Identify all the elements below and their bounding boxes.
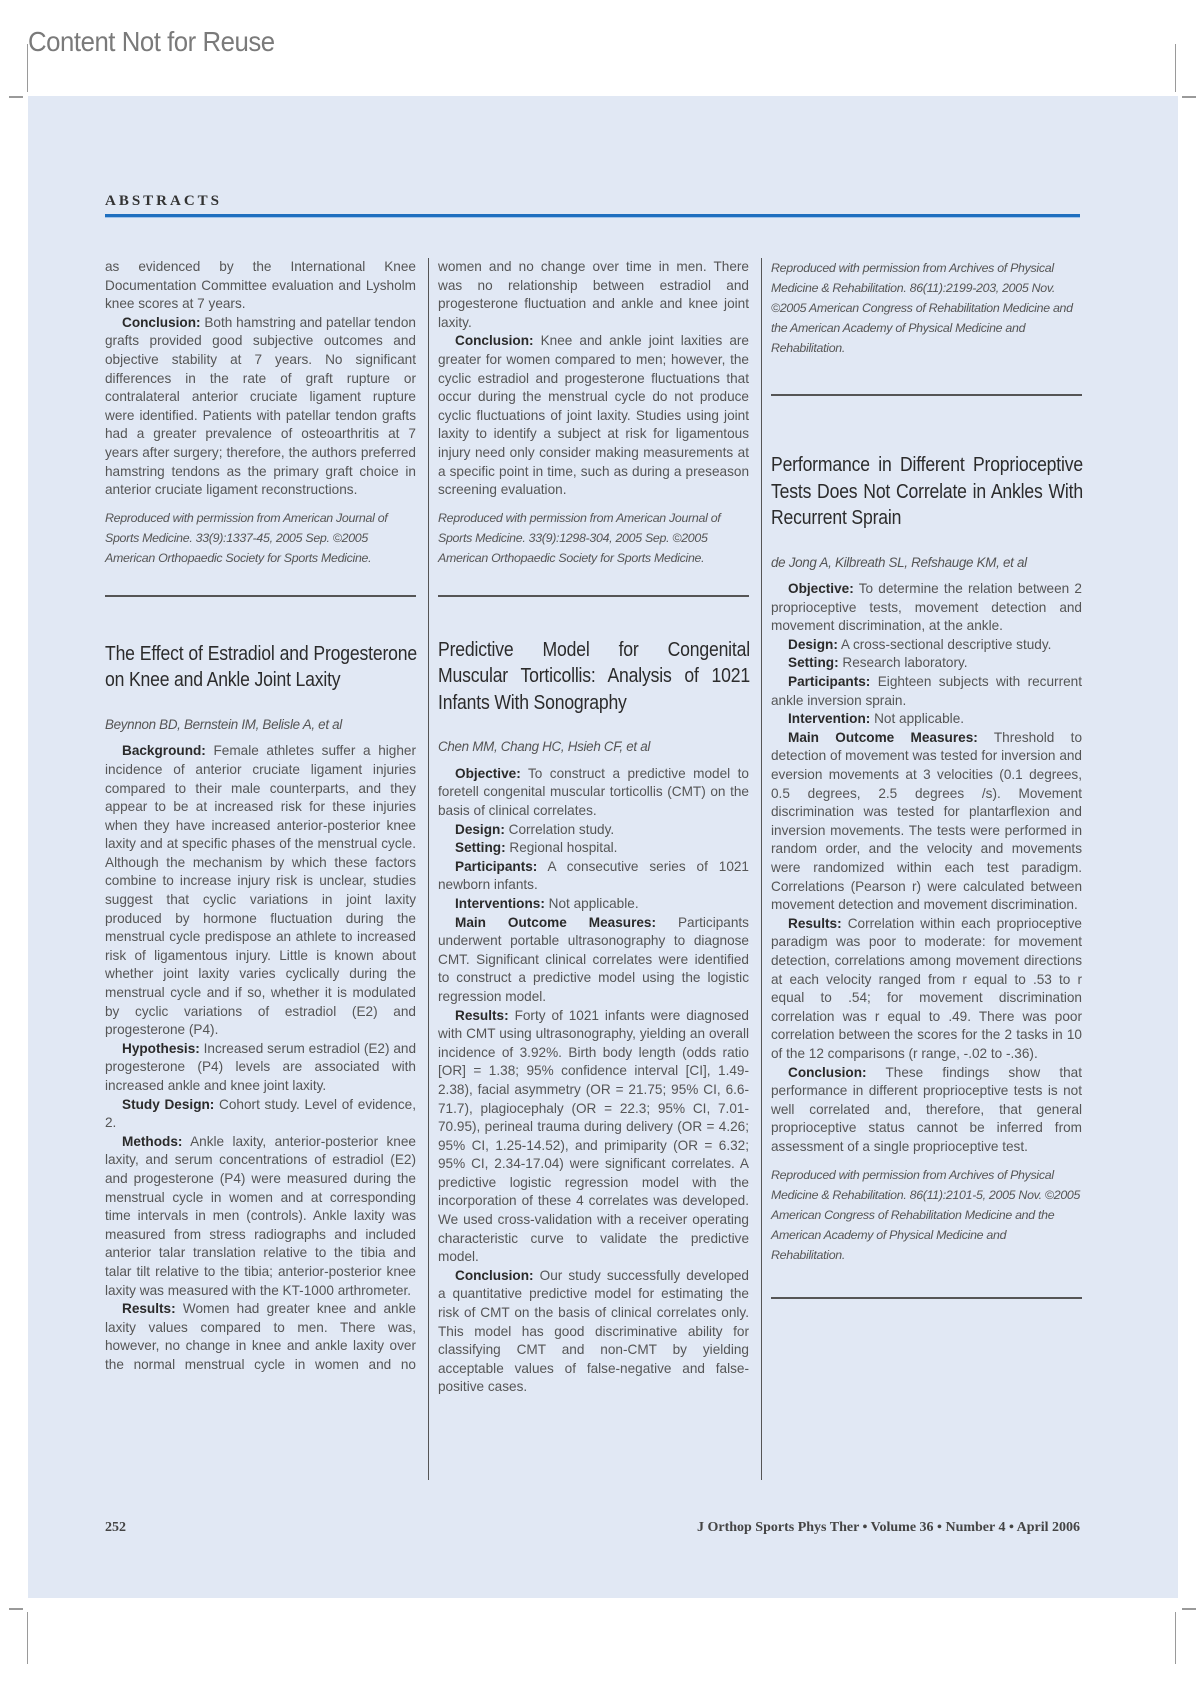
abstract-paragraph-continued: women and no change over time in men. Th… [438, 258, 749, 332]
article-title: The Effect of Estradiol and Progesterone… [105, 641, 417, 694]
column-1: as evidenced by the International Knee D… [105, 258, 416, 1375]
crop-mark [1182, 1608, 1196, 1610]
abstract-paragraph: Conclusion: Our study successfully devel… [438, 1267, 749, 1397]
abstract-paragraph: Methods: Ankle laxity, anterior-posterio… [105, 1133, 416, 1300]
abstract-paragraph: Results: Correlation within each proprio… [771, 915, 1082, 1064]
abstract-paragraph: Main Outcome Measures: Threshold to dete… [771, 729, 1082, 915]
abstract-paragraph: as evidenced by the International Knee D… [105, 258, 416, 314]
abstract-paragraph: Setting: Research laboratory. [771, 654, 1082, 673]
abstract-paragraph: Hypothesis: Increased serum estradiol (E… [105, 1040, 416, 1096]
abstract-paragraph: Main Outcome Measures: Participants unde… [438, 914, 749, 1007]
abstract-paragraph: Conclusion: Knee and ankle joint laxitie… [438, 332, 749, 499]
abstract-paragraph: Participants: Eighteen subjects with rec… [771, 673, 1082, 710]
column-divider [428, 258, 429, 1480]
abstract-paragraph: Intervention: Not applicable. [771, 710, 1082, 729]
abstract-paragraph: Conclusion: Both hamstring and patellar … [105, 314, 416, 500]
abstract-paragraph: Design: A cross-sectional descriptive st… [771, 636, 1082, 655]
abstract-paragraph: Results: Forty of 1021 infants were diag… [438, 1007, 749, 1267]
crop-mark [1175, 1612, 1176, 1664]
abstract-paragraph: Design: Correlation study. [438, 821, 749, 840]
reproduction-credit: Reproduced with permission from American… [438, 508, 749, 568]
reproduction-credit: Reproduced with permission from Archives… [771, 1165, 1082, 1265]
crop-mark [9, 96, 23, 98]
journal-citation: J Orthop Sports Phys Ther • Volume 36 • … [697, 1520, 1080, 1536]
reproduction-credit: Reproduced with permission from American… [105, 508, 416, 568]
crop-mark [27, 44, 28, 92]
abstract-paragraph: Interventions: Not applicable. [438, 895, 749, 914]
article-title: Predictive Model for Congenital Muscular… [438, 637, 750, 717]
page-number: 252 [105, 1520, 126, 1536]
abstract-paragraph: Setting: Regional hospital. [438, 839, 749, 858]
crop-mark [27, 1612, 28, 1664]
abstract-paragraph: Participants: A consecutive series of 10… [438, 858, 749, 895]
abstract-paragraph: Conclusion: These findings show that per… [771, 1064, 1082, 1157]
section-rule [105, 214, 1080, 218]
abstract-paragraph: Objective: To determine the relation bet… [771, 580, 1082, 636]
article-authors: de Jong A, Kilbreath SL, Refshauge KM, e… [771, 554, 1082, 573]
column-2: women and no change over time in men. Th… [438, 258, 749, 1397]
article-authors: Chen MM, Chang HC, Hsieh CF, et al [438, 738, 749, 757]
crop-mark [9, 1608, 23, 1610]
watermark: Content Not for Reuse [28, 26, 275, 58]
abstract-paragraph: Background: Female athletes suffer a hig… [105, 742, 416, 1040]
crop-mark [1175, 44, 1176, 92]
section-label: Conclusion: [122, 315, 201, 330]
abstract-paragraph: Objective: To construct a predictive mod… [438, 765, 749, 821]
section-header: ABSTRACTS [105, 193, 222, 210]
abstract-paragraph: Results: Women had greater knee and ankl… [105, 1300, 416, 1375]
column-3: Reproduced with permission from Archives… [771, 258, 1082, 1299]
crop-mark [1182, 96, 1196, 98]
article-title: Performance in Different Proprioceptive … [771, 452, 1083, 532]
article-authors: Beynnon BD, Bernstein IM, Belisle A, et … [105, 716, 416, 735]
abstract-paragraph: Study Design: Cohort study. Level of evi… [105, 1096, 416, 1133]
article-divider [771, 1297, 1082, 1299]
reproduction-credit: Reproduced with permission from Archives… [771, 258, 1082, 358]
column-divider [761, 258, 762, 1480]
